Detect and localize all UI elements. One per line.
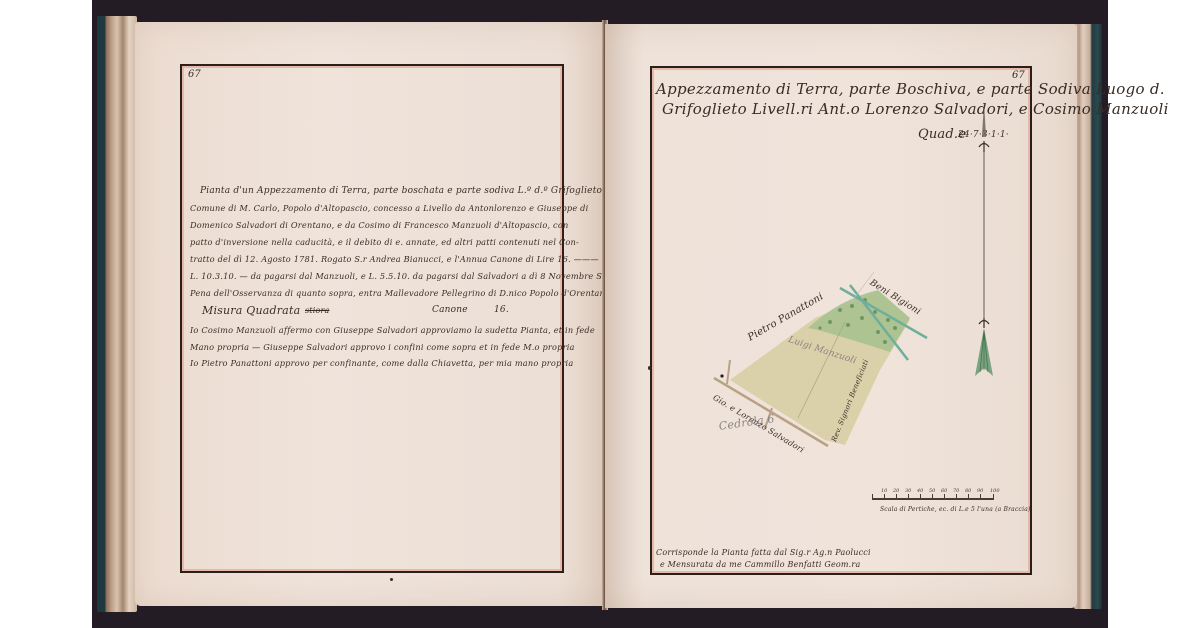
- scale-tick-label: 100: [990, 488, 1000, 494]
- scale-tick-label: 90: [977, 488, 983, 494]
- text-line: Pianta d'un Appezzamento di Terra, parte…: [200, 186, 620, 196]
- scale-bar: 10 20 30 40 50 60 70 80 90 100: [872, 498, 994, 500]
- text-line: Domenico Salvadori di Orentano, e da Cos…: [190, 220, 568, 230]
- text-line: L. 10.3.10. — da pagarsi dal Manzuoli, e…: [190, 271, 619, 281]
- map-title-line-2: Grifoglieto Livell.ri Ant.o Lorenzo Salv…: [662, 100, 1169, 118]
- paper-speck: [390, 578, 393, 581]
- struck-unit: stiora: [305, 306, 330, 315]
- paper-speck: [648, 366, 651, 370]
- text-line: Pena dell'Osservanza di quanto sopra, en…: [190, 288, 610, 298]
- canone-label: Canone: [432, 305, 468, 315]
- signature-line: Io Cosimo Manzuoli affermo con Giuseppe …: [190, 325, 595, 335]
- signature-line: Mano propria — Giuseppe Salvadori approv…: [190, 342, 575, 352]
- scale-caption: Scala di Pertiche, ec. di L.e 5 l'una (a…: [880, 506, 1031, 513]
- attestation-line-1: Corrisponde la Pianta fatta dal Sig.r Ag…: [656, 548, 871, 557]
- scale-tick-label: 20: [893, 488, 899, 494]
- measure-label: Misura Quadrata: [202, 304, 300, 317]
- scale-tick-label: 10: [881, 488, 887, 494]
- left-page-edges: [97, 16, 137, 612]
- scale-tick-label: 70: [953, 488, 959, 494]
- scale-tick-label: 60: [941, 488, 947, 494]
- scale-tick-label: 80: [965, 488, 971, 494]
- left-page-frame: [180, 64, 564, 573]
- canone-value: 16.: [494, 305, 509, 315]
- left-page-number: 67: [188, 69, 201, 80]
- map-title-line-1: Appezzamento di Terra, parte Boschiva, e…: [656, 80, 1165, 98]
- text-line: tratto del dì 12. Agosto 1781. Rogato S.…: [190, 254, 619, 264]
- scale-tick-label: 50: [929, 488, 935, 494]
- text-line: patto d'inversione nella caducità, e il …: [190, 237, 579, 247]
- text-line: Comune di M. Carlo, Popolo d'Altopascio,…: [190, 203, 588, 213]
- attestation-line-2: e Mensurata da me Cammillo Benfatti Geom…: [660, 560, 860, 569]
- signature-line: Io Pietro Panattoni approvo per confinan…: [190, 358, 573, 368]
- scale-tick-label: 30: [905, 488, 911, 494]
- scale-tick-label: 40: [917, 488, 923, 494]
